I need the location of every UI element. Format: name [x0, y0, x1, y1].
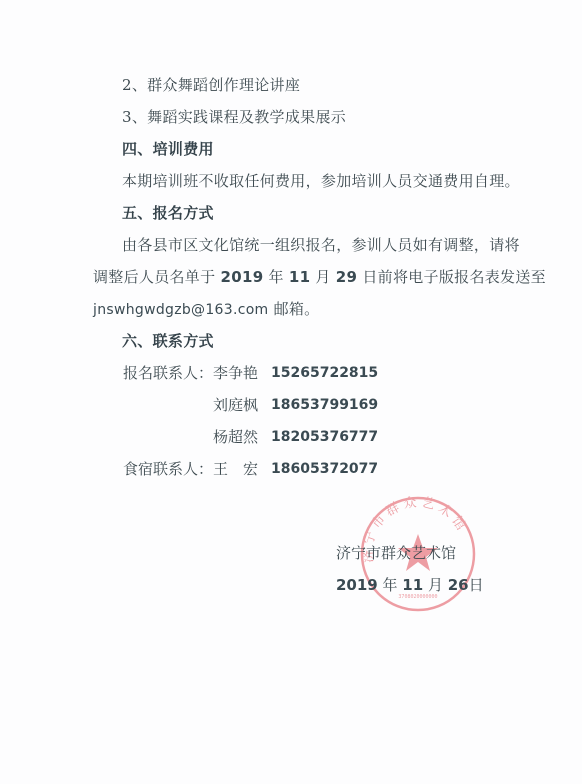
email-address: jnswhgwdgzb@163.com: [93, 302, 269, 318]
text-fragment: 日前将电子版报名表发送至: [357, 268, 546, 286]
contact-phone: 15265722815: [271, 363, 378, 383]
document-page: 2、群众舞蹈创作理论讲座 3、舞蹈实践课程及教学成果展示 四、培训费用 本期培训…: [0, 0, 582, 784]
text-fragment: 年: [263, 268, 288, 286]
deadline-day: 29: [336, 268, 357, 286]
registration-paragraph-line1: 由各县市区文化馆统一组织报名，参训人员如有调整，请将: [122, 235, 520, 255]
text-fragment: 月: [310, 268, 335, 286]
section-heading-registration: 五、报名方式: [122, 203, 214, 223]
signature-date: 2019 年 11 月 26日: [336, 575, 484, 595]
registration-paragraph-line2: 调整后人员名单于 2019 年 11 月 29 日前将电子版报名表发送至: [93, 267, 546, 287]
signature-day: 26: [448, 576, 469, 594]
signature-year: 2019: [336, 576, 378, 594]
text-fragment: 年: [378, 576, 403, 594]
signature-organization: 济宁市群众艺术馆: [336, 543, 456, 563]
contact-label: 报名联系人：: [93, 363, 213, 383]
text-fragment: 调整后人员名单于: [93, 268, 220, 286]
contact-name: 李争艳: [213, 363, 273, 383]
contact-name: 刘庭枫: [213, 395, 273, 415]
contact-label: 食宿联系人：: [93, 459, 213, 479]
deadline-year: 2019: [220, 268, 263, 286]
list-item-text: 3、舞蹈实践课程及教学成果展示: [122, 108, 346, 126]
text-fragment: 日: [469, 576, 484, 594]
contact-phone: 18205376777: [271, 427, 378, 447]
registration-paragraph-line3: jnswhgwdgzb@163.com 邮箱。: [93, 299, 319, 320]
section-heading-fees: 四、培训费用: [122, 139, 214, 159]
list-item-3: 3、舞蹈实践课程及教学成果展示: [122, 107, 346, 127]
contact-phone: 18605372077: [271, 459, 378, 479]
fees-paragraph: 本期培训班不收取任何费用，参加培训人员交通费用自理。: [122, 171, 520, 191]
contact-phone: 18653799169: [271, 395, 378, 415]
deadline-month: 11: [289, 268, 310, 286]
list-item-text: 2、群众舞蹈创作理论讲座: [122, 76, 300, 94]
contact-name: 杨超然: [213, 427, 273, 447]
text-fragment: 邮箱。: [269, 300, 320, 318]
section-heading-contacts: 六、联系方式: [122, 331, 214, 351]
contact-name: 王 宏: [213, 459, 273, 479]
text-fragment: 月: [423, 576, 448, 594]
list-item-2: 2、群众舞蹈创作理论讲座: [122, 75, 300, 95]
signature-month: 11: [402, 576, 423, 594]
